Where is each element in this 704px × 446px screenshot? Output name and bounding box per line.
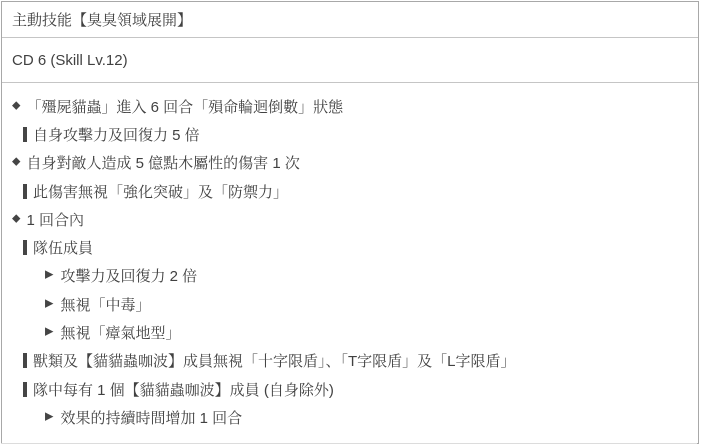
triangle-bullet-icon: ▶ [45,411,53,422]
triangle-bullet-icon: ▶ [45,327,53,338]
skill-effects-list: ◆「殭屍貓蟲」進入 6 回合「殞命輪迴倒數」狀態自身攻擊力及回復力 5 倍◆自身… [2,83,698,443]
effect-text: 1 回合內 [26,209,84,230]
triangle-bullet-icon: ▶ [45,298,53,309]
effect-text: 攻擊力及回復力 2 倍 [60,265,197,286]
skill-title: 主動技能【臭臭領域展開】 [12,9,192,30]
effect-line: 隊伍成員 [2,233,690,261]
bar-bullet-icon [23,382,27,397]
effect-text: 無視「中毒」 [60,294,150,315]
effect-line: ◆1 回合內 [2,205,690,233]
effect-line: 自身攻擊力及回復力 5 倍 [2,120,690,148]
effect-line: 此傷害無視「強化突破」及「防禦力」 [2,177,690,205]
skill-title-row: 主動技能【臭臭領域展開】 [2,2,698,38]
effect-text: 自身攻擊力及回復力 5 倍 [33,124,200,145]
effect-text: 此傷害無視「強化突破」及「防禦力」 [33,181,288,202]
skill-description-table: 主動技能【臭臭領域展開】 CD 6 (Skill Lv.12) ◆「殭屍貓蟲」進… [1,1,699,444]
bar-bullet-icon [23,127,27,142]
effect-line: ▶攻擊力及回復力 2 倍 [2,262,690,290]
diamond-bullet-icon: ◆ [12,100,20,111]
effect-line: ▶無視「瘴氣地型」 [2,318,690,346]
bar-bullet-icon [23,240,27,255]
next-section-top-border [1,443,697,444]
diamond-bullet-icon: ◆ [12,157,20,168]
bar-bullet-icon [23,184,27,199]
effect-line: ◆自身對敵人造成 5 億點木屬性的傷害 1 次 [2,149,690,177]
skill-cooldown: CD 6 (Skill Lv.12) [12,52,128,69]
effect-line: ◆「殭屍貓蟲」進入 6 回合「殞命輪迴倒數」狀態 [2,92,690,120]
effect-text: 效果的持續時間增加 1 回合 [60,407,242,428]
effect-text: 獸類及【貓貓蟲咖波】成員無視「十字限盾」、「T字限盾」及「L字限盾」 [33,350,516,371]
effect-text: 無視「瘴氣地型」 [60,322,180,343]
effect-line: ▶效果的持續時間增加 1 回合 [2,403,690,431]
triangle-bullet-icon: ▶ [45,270,53,281]
diamond-bullet-icon: ◆ [12,213,20,224]
bar-bullet-icon [23,353,27,368]
effect-line: ▶無視「中毒」 [2,290,690,318]
effect-line: 獸類及【貓貓蟲咖波】成員無視「十字限盾」、「T字限盾」及「L字限盾」 [2,347,690,375]
effect-line: 隊中每有 1 個【貓貓蟲咖波】成員 (自身除外) [2,375,690,403]
effect-text: 「殭屍貓蟲」進入 6 回合「殞命輪迴倒數」狀態 [26,96,343,117]
effect-text: 隊中每有 1 個【貓貓蟲咖波】成員 (自身除外) [33,379,334,400]
skill-cooldown-row: CD 6 (Skill Lv.12) [2,38,698,83]
effect-text: 自身對敵人造成 5 億點木屬性的傷害 1 次 [26,152,299,173]
effect-text: 隊伍成員 [33,237,93,258]
